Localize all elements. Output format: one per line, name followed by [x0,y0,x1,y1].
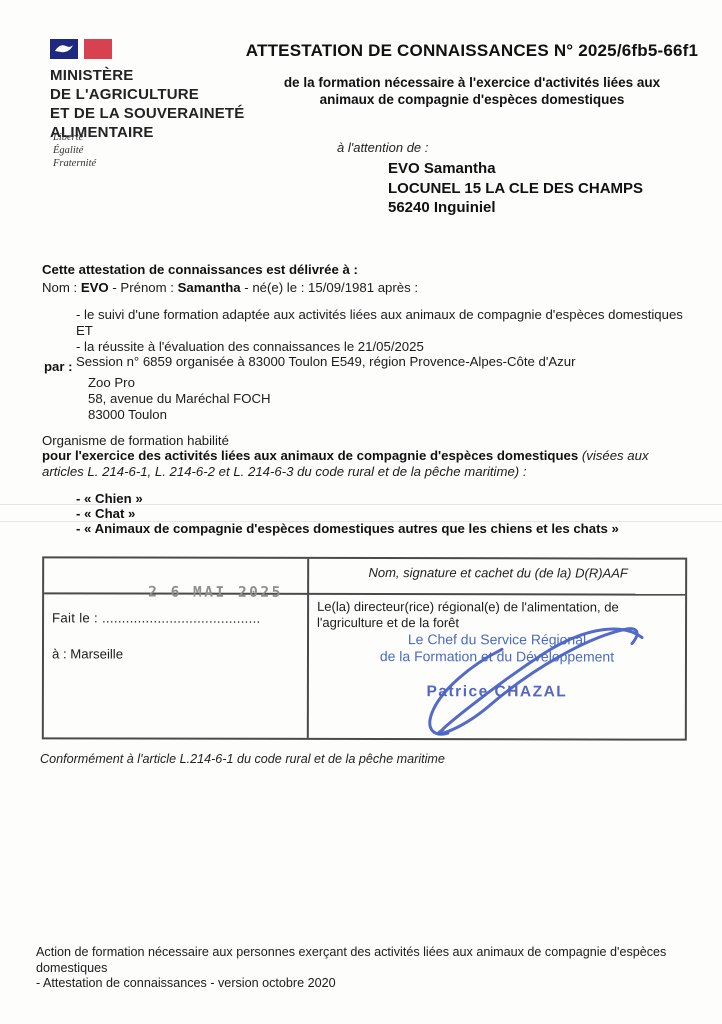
recipient-address-line2: 56240 Inguiniel [388,198,643,218]
prenom-value: Samantha [178,280,241,295]
flag-blue-block [50,39,78,59]
motto-line: Liberté [53,131,96,144]
provider-city: 83000 Toulon [88,407,271,423]
provider-street: 58, avenue du Maréchal FOCH [88,391,271,407]
fait-le-line: Fait le : ..............................… [52,610,260,625]
signer-role-line1: Le Chef du Service Régional [317,631,677,649]
place-line: à : Marseille [52,646,123,661]
document-subtitle: de la formation nécessaire à l'exercice … [268,74,676,108]
identity-line: Nom : EVO - Prénom : Samantha - né(e) le… [42,280,418,296]
training-item: - le suivi d'une formation adaptée aux a… [76,307,696,339]
footer-line2: - Attestation de connaissances - version… [36,976,700,992]
recipient-name: EVO Samantha [388,159,643,179]
footer-line1: Action de formation nécessaire aux perso… [36,945,700,976]
republic-motto: Liberté Égalité Fraternité [53,131,96,170]
species-categories-list: - « Chien » - « Chat » - « Animaux de co… [76,491,696,537]
org-scope-paragraph: pour l'exercice des activités liées aux … [42,448,690,480]
intro-statement: Cette attestation de connaissances est d… [42,262,358,277]
signer-role: Le Chef du Service Régional de la Format… [317,631,677,666]
flag-red-block [84,39,112,59]
attestation-document-page: MINISTÈRE DE L'AGRICULTURE ET DE LA SOUV… [0,0,722,1024]
attention-label: à l'attention de : [337,140,428,155]
ministry-line: DE L'AGRICULTURE [50,85,245,104]
species-category: - « Animaux de compagnie d'espèces domes… [76,521,696,536]
provider-block: Zoo Pro 58, avenue du Maréchal FOCH 8300… [88,375,271,422]
legal-reference: Conformément à l'article L.214-6-1 du co… [40,752,445,766]
prenom-label: - Prénom : [109,280,178,295]
french-flag-icon [50,39,112,59]
document-footer: Action de formation nécessaire aux perso… [36,945,700,992]
table-header-right: Nom, signature et cachet du (de la) D(R)… [309,565,687,581]
birth-suffix: - né(e) le : 15/09/1981 après : [241,280,418,295]
signer-name: Patrice CHAZAL [317,683,677,702]
table-vertical-divider [307,559,309,738]
species-category: - « Chien » [76,491,696,506]
ministry-logo [50,39,112,59]
recipient-address-line1: LOCUNEL 15 LA CLE DES CHAMPS [388,179,643,199]
training-item: - la réussite à l'évaluation des connais… [76,339,696,355]
signer-role-line2: de la Formation et du Développement [317,648,677,666]
org-scope-bold: pour l'exercice des activités liées aux … [42,448,578,463]
marianne-icon [53,42,75,56]
nom-label: Nom : [42,280,81,295]
recipient-address-block: EVO Samantha LOCUNEL 15 LA CLE DES CHAMP… [388,159,643,218]
date-stamp: 2 6 MAI 2025 [148,585,283,601]
ministry-line: MINISTÈRE [50,66,245,85]
director-title-text: Le(la) directeur(rice) régional(e) de l'… [317,599,679,632]
motto-line: Égalité [53,144,96,157]
motto-line: Fraternité [53,157,96,170]
signature-table: Nom, signature et cachet du (de la) D(R)… [42,556,687,740]
species-category: - « Chat » [76,506,696,521]
par-label: par : [44,359,73,374]
training-item: Session n° 6859 organisée à 83000 Toulon… [76,354,696,370]
document-title: ATTESTATION DE CONNAISSANCES N° 2025/6fb… [238,41,706,61]
org-habilite-line: Organisme de formation habilité [42,433,229,449]
ministry-line: ET DE LA SOUVERAINETÉ [50,104,245,123]
training-items-list: - le suivi d'une formation adaptée aux a… [76,307,696,370]
provider-name: Zoo Pro [88,375,271,391]
table-header-divider [44,592,685,595]
nom-value: EVO [81,280,109,295]
